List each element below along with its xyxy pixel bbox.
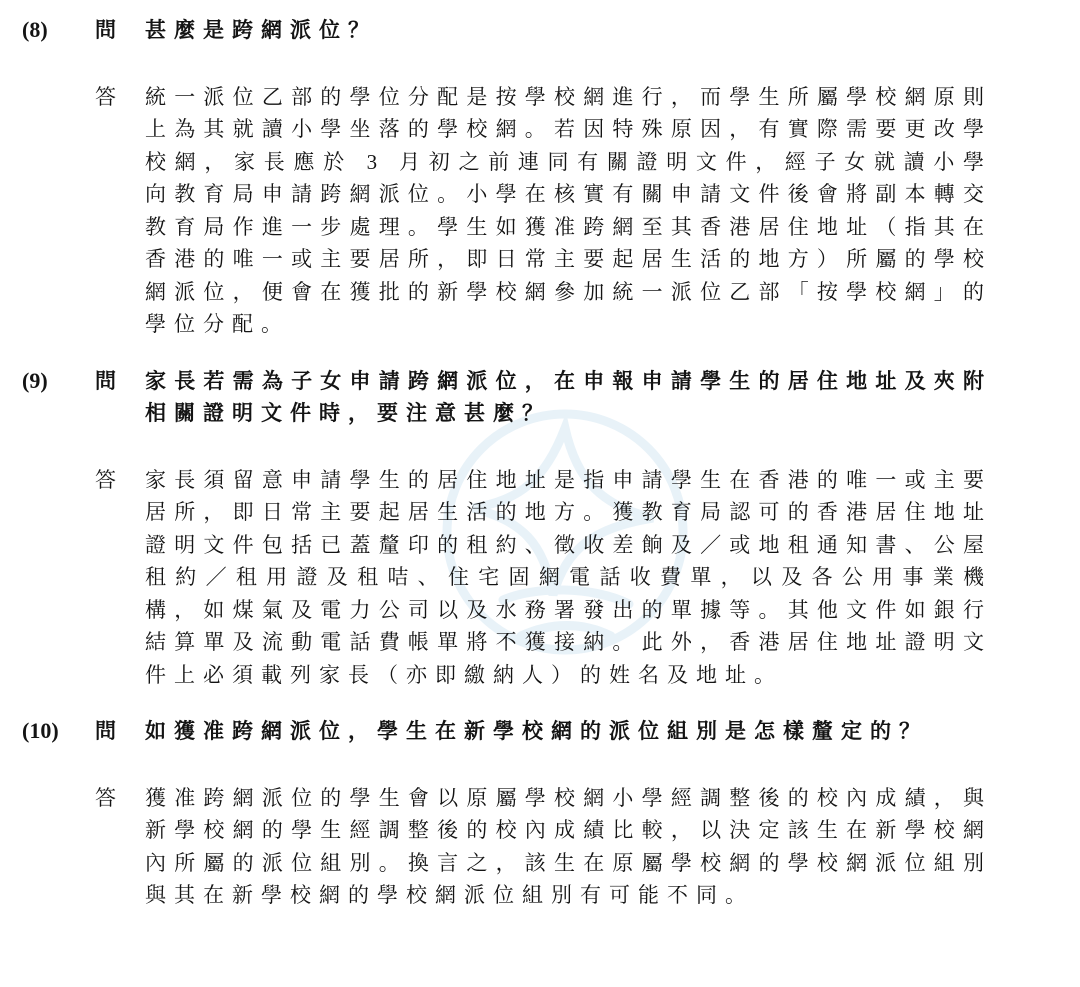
item-number: (10): [22, 715, 95, 748]
qa-item-8-answer-row: 答 統一派位乙部的學位分配是按學校網進行，而學生所屬學校網原則上為其就讀小學坐落…: [0, 81, 1080, 341]
question-label: 問: [95, 365, 145, 398]
item-number: (9): [22, 365, 95, 398]
qa-item-10-answer-row: 答 獲准跨網派位的學生會以原屬學校網小學經調整後的校內成績，與新學校網的學生經調…: [0, 782, 1080, 912]
qa-item-9-question-row: (9) 問 家長若需為子女申請跨網派位，在申報申請學生的居住地址及夾附相關證明文…: [0, 365, 1080, 430]
item-number: (8): [22, 14, 95, 47]
answer-text: 家長須留意申請學生的居住地址是指申請學生在香港的唯一或主要居所，即日常主要起居生…: [145, 464, 992, 692]
answer-text: 獲准跨網派位的學生會以原屬學校網小學經調整後的校內成績，與新學校網的學生經調整後…: [145, 782, 992, 912]
question-text: 家長若需為子女申請跨網派位，在申報申請學生的居住地址及夾附相關證明文件時，要注意…: [145, 365, 992, 430]
question-text: 如獲准跨網派位，學生在新學校網的派位組別是怎樣釐定的？: [145, 715, 992, 748]
document-page: (8) 問 甚麼是跨網派位？ 答 統一派位乙部的學位分配是按學校網進行，而學生所…: [0, 0, 1080, 987]
answer-label: 答: [95, 81, 145, 114]
question-text: 甚麼是跨網派位？: [145, 14, 992, 47]
answer-label: 答: [95, 464, 145, 497]
qa-item-9-answer-row: 答 家長須留意申請學生的居住地址是指申請學生在香港的唯一或主要居所，即日常主要起…: [0, 464, 1080, 692]
qa-item-10-question-row: (10) 問 如獲准跨網派位，學生在新學校網的派位組別是怎樣釐定的？: [0, 715, 1080, 748]
qa-item-8-question-row: (8) 問 甚麼是跨網派位？: [0, 14, 1080, 47]
answer-label: 答: [95, 782, 145, 815]
question-label: 問: [95, 715, 145, 748]
answer-text: 統一派位乙部的學位分配是按學校網進行，而學生所屬學校網原則上為其就讀小學坐落的學…: [145, 81, 992, 341]
question-label: 問: [95, 14, 145, 47]
